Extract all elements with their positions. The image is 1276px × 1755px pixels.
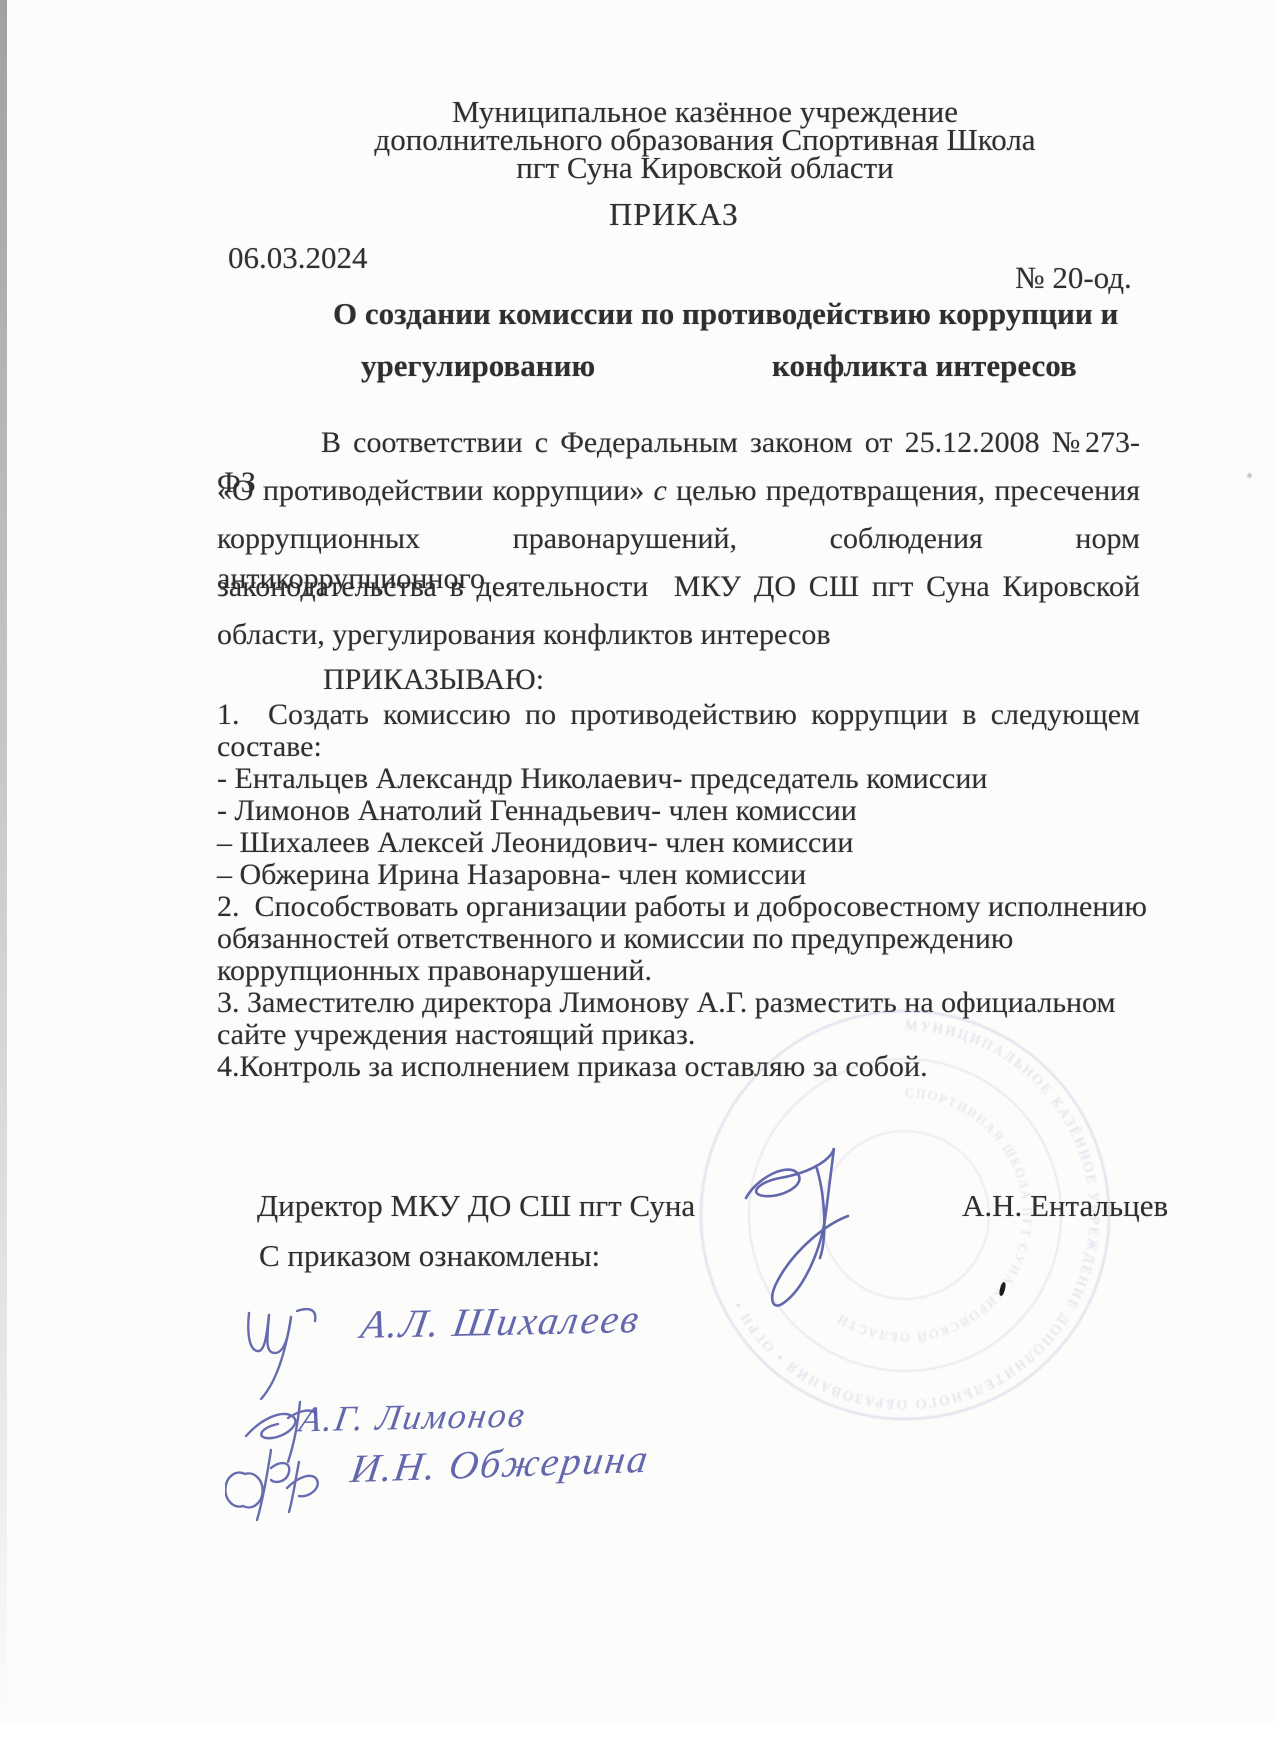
commission-member-obzherina: – Обжерина Ирина Назаровна- член комисси… <box>217 858 806 892</box>
order-item-3-line-2: сайте учреждения настоящий приказ. <box>217 1018 695 1052</box>
order-item-2-line-2: обязанностей ответственного и комиссии п… <box>217 922 1013 956</box>
intro-line-2-italic-word: с <box>654 474 667 507</box>
intro-paragraph-line-4: законодательства в деятельности МКУ ДО С… <box>217 567 1140 607</box>
intro-paragraph-line-2: «О противодействии коррупции» с целью пр… <box>217 471 1140 511</box>
order-item-2-line-1: 2. Способствовать организации работы и д… <box>217 890 1147 924</box>
org-name-line-3: пгт Суна Кировской области <box>270 150 1140 186</box>
acknowledged-label: С приказом ознакомлены: <box>259 1238 600 1274</box>
title-line-1: О создании комиссии по противодействию к… <box>333 296 1118 332</box>
order-item-1-line-1: 1. Создать комиссию по противодействию к… <box>217 698 1140 732</box>
scan-left-edge <box>0 0 7 1722</box>
intro-paragraph-line-5: области, урегулирования конфликтов интер… <box>217 615 1140 655</box>
resolution-heading: ПРИКАЗЫВАЮ: <box>323 663 544 697</box>
title-line-2-left: урегулированию <box>361 348 595 384</box>
obzherina-handwritten-name: И.Н. Обжерина <box>348 1435 653 1492</box>
document-type-heading: ПРИКАЗ <box>190 196 1158 233</box>
director-name: А.Н. Ентальцев <box>962 1188 1168 1224</box>
scan-bottom-strip <box>0 1722 1276 1755</box>
order-item-1-line-2: составе: <box>217 730 322 764</box>
shikhaleev-handwritten-name: А.Л. Шихалеев <box>358 1295 644 1348</box>
commission-member-shikhaleev: – Шихалеев Алексей Леонидович- член коми… <box>217 826 853 860</box>
document-number: № 20-од. <box>1015 260 1132 296</box>
intro-line-2-post: целью предотвращения, пресечения <box>676 474 1140 507</box>
document-date: 06.03.2024 <box>228 240 368 276</box>
obzherina-signature-scribble <box>225 1432 355 1527</box>
scanned-order-document: Муниципальное казённое учреждение дополн… <box>0 0 1276 1755</box>
title-line-2-right: конфликта интересов <box>772 348 1077 384</box>
dust-speck <box>1246 472 1253 479</box>
director-signature-scribble <box>728 1138 868 1313</box>
order-item-2-line-3: коррупционных правонарушений. <box>217 954 652 988</box>
commission-member-limonov: - Лимонов Анатолий Геннадьевич- член ком… <box>217 794 857 828</box>
commission-member-entaltsev: - Ентальцев Александр Николаевич- предсе… <box>217 762 987 796</box>
director-label: Директор МКУ ДО СШ пгт Суна <box>257 1188 695 1224</box>
intro-line-2-pre: «О противодействии коррупции» <box>217 474 644 507</box>
